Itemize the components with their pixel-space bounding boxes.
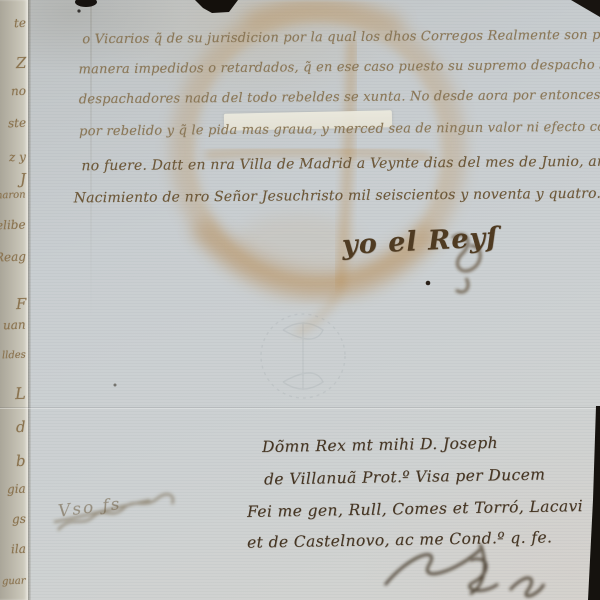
watermark [261, 314, 345, 398]
margin-fragment: z y [9, 150, 26, 165]
margin-fragment: te [14, 16, 26, 30]
subscription-line: de Villanuã Prot.º Visa per Ducem [264, 466, 546, 489]
margin-fragment: d [16, 418, 26, 436]
page-gutter-crease [28, 0, 31, 600]
margin-fragment: no [11, 84, 26, 99]
marginal-scrawl: Vso ƒs [57, 494, 123, 522]
margin-fragment: ila [11, 542, 26, 557]
subscription-line: et de Castelnovo, ac me Cond.º q. fe. [247, 528, 553, 551]
letter-line: despachadores nada del todo rebeldes se … [79, 86, 600, 107]
photo-corner-top-right [571, 0, 600, 17]
photo-edge-bottom-right [588, 406, 600, 600]
margin-fragment: gia [7, 482, 26, 497]
manuscript-page: te Z no ste z y J naron elibe Reag F uan… [0, 0, 600, 600]
royal-signature: yo el Reyſ [341, 222, 499, 261]
ink-blot-top-center [195, 0, 238, 13]
letter-line: no fuere. Datt en nra Villa de Madrid a … [81, 153, 600, 174]
margin-fragment: J [20, 170, 27, 188]
ink-dot [426, 281, 431, 286]
margin-fragment: lldes [2, 350, 26, 362]
letter-line: manera impedidos o retardados, q̃ en ese… [79, 56, 600, 77]
margin-fragment: naron [0, 189, 26, 201]
subscription-rubric [385, 544, 544, 596]
margin-fragment: F [15, 295, 26, 313]
margin-fragment: elibe [0, 217, 26, 232]
margin-fragment: guar [2, 576, 26, 588]
paper-speck [114, 384, 117, 387]
letter-line: Nacimiento de nro Señor Jesuchristo mil … [74, 186, 600, 207]
margin-fragment: Z [15, 54, 26, 72]
margin-fragment: ste [8, 116, 27, 131]
margin-fragment: L [15, 384, 26, 403]
margin-fragment: gs [12, 512, 26, 526]
ink-blot-top-left [75, 0, 97, 13]
letter-line: por rebelido y q̃ le pida mas graua, y m… [79, 119, 600, 139]
horizontal-fold-crease [0, 407, 600, 410]
subscription-line: Dõmn Rex mt mihi D. Joseph [262, 434, 498, 456]
facing-page-edge: te Z no ste z y J naron elibe Reag F uan… [0, 0, 28, 600]
subscription-line: Fei me gen, Rull, Comes et Torró, Lacavi [247, 497, 583, 521]
letter-line: o Vicarios q̃ de su jurisdicion por la q… [82, 27, 600, 48]
margin-fragment: Reag [0, 249, 26, 264]
margin-fragment: b [16, 452, 26, 470]
margin-fragment: uan [3, 318, 26, 333]
